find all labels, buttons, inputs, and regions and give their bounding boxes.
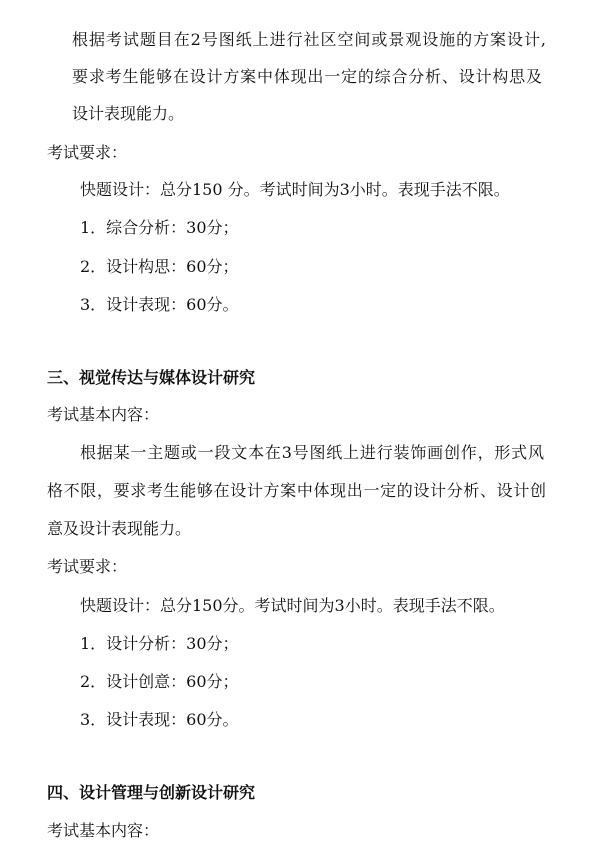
scoring-item: 1．综合分析：30分； bbox=[80, 218, 239, 238]
content-label: 考试基本内容： bbox=[47, 405, 159, 425]
content-label: 考试基本内容： bbox=[47, 821, 159, 841]
paragraph-line: 格不限，要求考生能够在设计方案中体现出一定的设计分析、设计创 bbox=[47, 481, 547, 501]
scoring-item: 2．设计构思：60分； bbox=[80, 257, 239, 277]
paragraph-line: 要求考生能够在设计方案中体现出一定的综合分析、设计构思及 bbox=[72, 67, 543, 87]
scoring-item: 2．设计创意：60分； bbox=[80, 672, 239, 692]
section-4-heading: 四、设计管理与创新设计研究 bbox=[47, 783, 255, 803]
paragraph-line: 根据考试题目在2号图纸上进行社区空间或景观设施的方案设计, bbox=[72, 30, 547, 50]
scoring-item: 1．设计分析：30分； bbox=[80, 634, 239, 654]
paragraph-line: 设计表现能力。 bbox=[72, 104, 184, 124]
requirements-label: 考试要求： bbox=[47, 557, 127, 577]
quick-design-text: 快题设计：总分150分。考试时间为3小时。表现手法不限。 bbox=[80, 596, 505, 616]
scoring-item: 3．设计表现：60分。 bbox=[80, 295, 239, 315]
paragraph-line: 根据某一主题或一段文本在3号图纸上进行装饰画创作，形式风 bbox=[80, 443, 545, 463]
paragraph-line: 意及设计表现能力。 bbox=[47, 519, 191, 539]
section-3-heading: 三、视觉传达与媒体设计研究 bbox=[47, 368, 255, 388]
scoring-item: 3．设计表现：60分。 bbox=[80, 710, 239, 730]
requirements-label: 考试要求： bbox=[47, 143, 127, 163]
quick-design-text: 快题设计：总分150 分。考试时间为3小时。表现手法不限。 bbox=[80, 180, 510, 200]
